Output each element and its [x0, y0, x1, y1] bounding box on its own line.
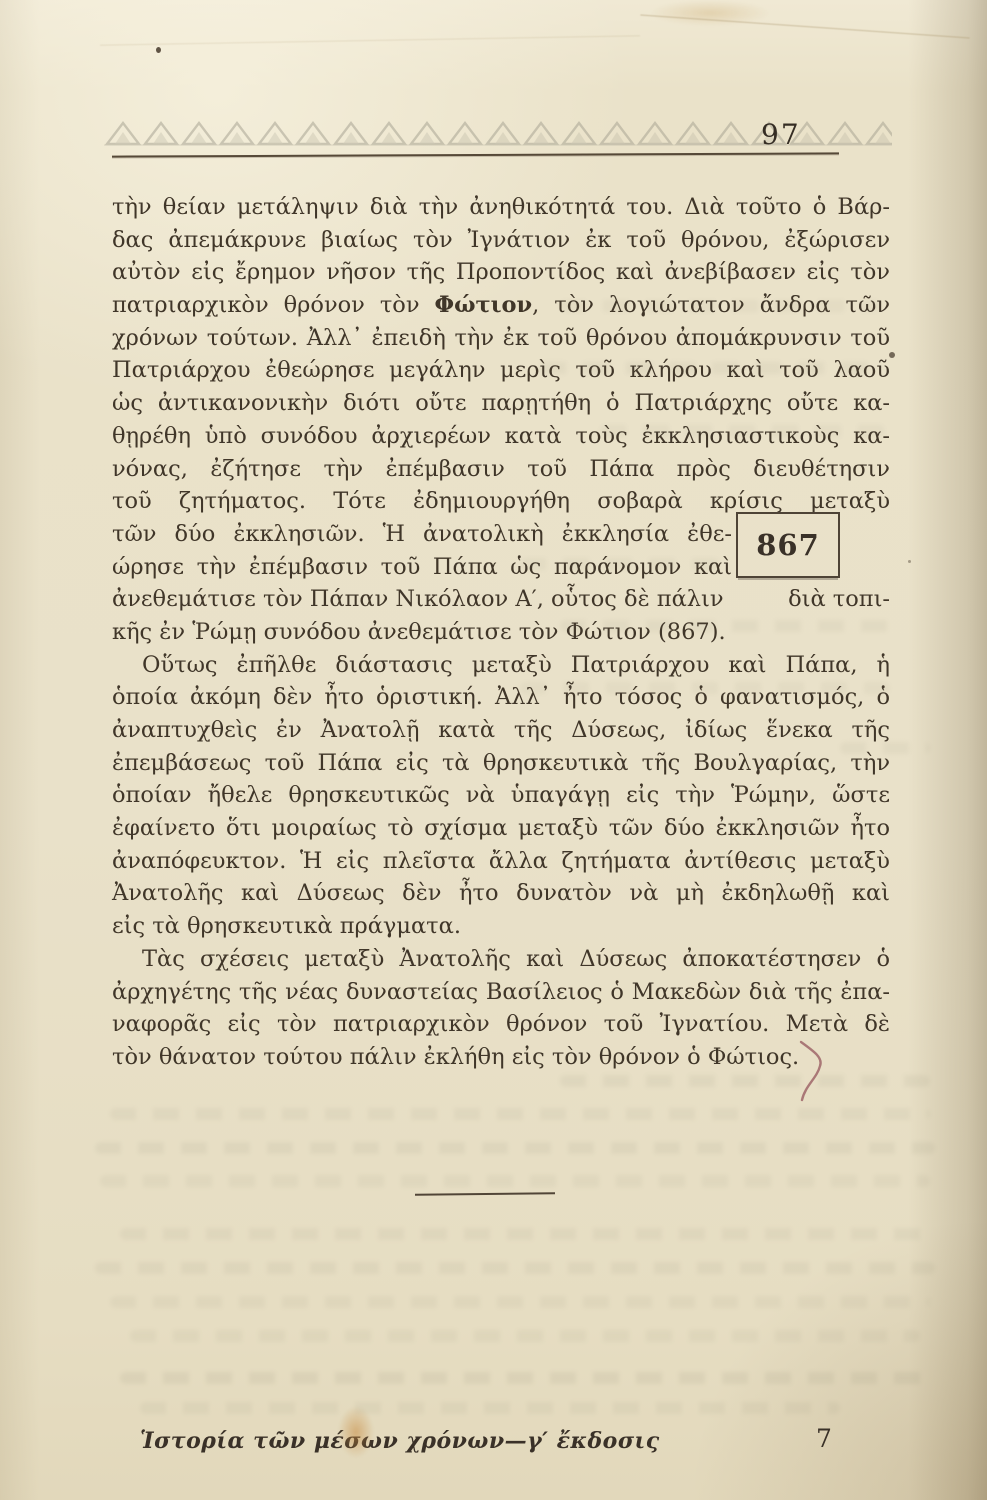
showthrough-ghost — [110, 1108, 930, 1120]
ink-speck — [908, 560, 911, 563]
paper-crease — [640, 14, 969, 38]
text-line-27: τὸν θάνατον τούτου πάλιν ἐκλήθη εἰς τὸν … — [112, 1041, 890, 1074]
showthrough-ghost — [140, 1402, 840, 1414]
text-line-3: αὐτὸν εἰς ἔρημον νῆσον τῆς Προποντίδος κ… — [112, 256, 890, 289]
text-line-15: Οὕτως ἐπῆλθε διάστασις μεταξὺ Πατριάρχου… — [112, 649, 890, 682]
showthrough-ghost — [520, 558, 720, 570]
text-line-17: ἀναπτυχθεὶς ἐν Ἀνατολῇ κατὰ τῆς Δύσεως, … — [112, 714, 890, 747]
text-line-7: ὡς ἀντικανονικὴν διότι οὔτε παρῃτήθη ὁ Π… — [112, 387, 890, 420]
margin-year-box: 867 — [736, 512, 840, 578]
margin-year: 867 — [756, 528, 820, 562]
text-line-13-right: διὰ τοπι- — [788, 583, 890, 616]
text-line-4-pre: πατριαρχικὸν θρόνον τὸν — [112, 292, 435, 318]
text-line-19: ὁποίαν ἤθελε θρησκευτικῶς νὰ ὑπαγάγῃ εἰς… — [112, 779, 890, 812]
text-line-22: Ἀνατολῆς καὶ Δύσεως δὲν ἦτο δυνατὸν νὰ μ… — [112, 877, 890, 910]
scanned-book-page: { "header": { "page_number": "97" }, "ma… — [0, 0, 987, 1500]
showthrough-ghost — [95, 1262, 935, 1274]
showthrough-ghost — [110, 1296, 930, 1308]
showthrough-ghost — [560, 300, 880, 312]
showthrough-ghost — [100, 1175, 930, 1187]
showthrough-ghost — [120, 1228, 930, 1240]
body-text-block: τὴν θείαν μετάληψιν διὰ τὴν ἀνηθικότητά … — [112, 191, 890, 1074]
showthrough-ghost — [540, 362, 885, 374]
photios-bold-name: Φώτιον — [435, 292, 533, 318]
pen-stroke-mark — [793, 1038, 837, 1106]
showthrough-ghost — [95, 1142, 935, 1154]
showthrough-ghost — [520, 682, 890, 694]
text-line-21: ἀναπόφευκτον. Ἡ εἰς πλεῖστα ἄλλα ζητήματ… — [112, 845, 890, 878]
section-separator-rule — [415, 1192, 555, 1195]
showthrough-ghost — [130, 1330, 920, 1342]
text-line-13-left: ἀνεθεμάτισε τὸν Πάπαν Νικόλαον Α′, οὗτος… — [112, 583, 724, 616]
footer-book-title: Ἱστορία τῶν μέσων χρόνων—γ′ ἔκδοσις — [140, 1428, 660, 1454]
ink-speck — [156, 47, 161, 53]
text-line-24: Τὰς σχέσεις μεταξὺ Ἀνατολῆς καὶ Δύσεως ἀ… — [112, 943, 890, 976]
text-line-2: δας ἀπεμάκρυνε βιαίως τὸν Ἰγνάτιον ἐκ το… — [112, 224, 890, 257]
text-line-5: χρόνων τούτων. Ἀλλ᾽ ἐπειδὴ τὴν ἐκ τοῦ θρ… — [112, 322, 890, 355]
text-line-18: ἐπεμβάσεως τοῦ Πάπα εἰς τὰ θρησκευτικὰ τ… — [112, 747, 890, 780]
text-line-9: νόνας, ἐζήτησε τὴν ἐπέμβασιν τοῦ Πάπα πρ… — [112, 453, 890, 486]
paper-crease — [100, 35, 640, 45]
showthrough-ghost — [840, 742, 930, 754]
showthrough-ghost — [120, 1372, 930, 1384]
text-line-20: ἐφαίνετο ὅτι μοιραίως τὸ σχίσμα μεταξὺ τ… — [112, 812, 890, 845]
showthrough-ghost — [600, 425, 885, 437]
text-line-25: ἀρχηγέτης τῆς νέας δυναστείας Βασίλειος … — [112, 976, 890, 1009]
text-line-23: εἰς τὰ θρησκευτικὰ πράγματα. — [112, 910, 890, 943]
text-line-26: ναφορᾶς εἰς τὸν πατριαρχικὸν θρόνον τοῦ … — [112, 1008, 890, 1041]
text-line-13: ἀνεθεμάτισε τὸν Πάπαν Νικόλαον Α′, οὗτος… — [112, 583, 890, 616]
footer-page-number: 7 — [816, 1424, 832, 1453]
ink-speck — [889, 352, 895, 358]
showthrough-ghost — [560, 1075, 930, 1087]
showthrough-ghost — [560, 620, 890, 632]
page-number-top: 97 — [761, 118, 801, 151]
text-line-1: τὴν θείαν μετάληψιν διὰ τὴν ἀνηθικότητά … — [112, 191, 890, 224]
text-line-11: τῶν δύο ἐκκλησιῶν. Ἡ ἀνατολικὴ ἐκκλησία … — [112, 518, 732, 551]
header-rule — [112, 152, 839, 157]
